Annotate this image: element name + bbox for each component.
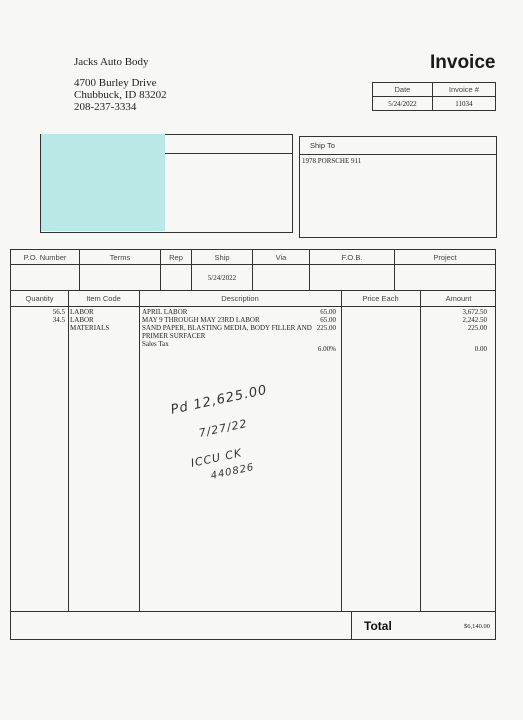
col-price-each	[341, 291, 421, 611]
ship-value: 5/24/2022	[192, 265, 253, 291]
row-4-amount: 0.00	[475, 345, 487, 353]
row-2-description: MAY 9 THROUGH MAY 23RD LABOR	[142, 316, 260, 324]
row-2-amount: 2,242.50	[463, 316, 488, 324]
via-header: Via	[253, 250, 310, 265]
company-address: 4700 Burley Drive Chubbuck, ID 83202 208…	[74, 77, 167, 113]
description-header: Description	[139, 291, 341, 306]
invoice-number-label: Invoice #	[432, 83, 495, 97]
company-name: Jacks Auto Body	[74, 56, 149, 69]
line-items-table: Quantity Item Code Description Price Eac…	[10, 290, 496, 612]
order-info-table: P.O. Number Terms Rep Ship Via F.O.B. Pr…	[10, 249, 496, 291]
via-value	[253, 265, 310, 291]
total-row: Total $6,140.00	[10, 611, 496, 640]
date-value: 5/24/2022	[373, 97, 433, 111]
row-2-price-each: 65.00	[320, 316, 336, 324]
row-4-price-each: 6.00%	[318, 345, 336, 353]
address-line-1: 4700 Burley Drive	[74, 77, 167, 89]
phone: 208-237-3334	[74, 101, 167, 113]
col-quantity	[11, 291, 69, 611]
fob-value	[310, 265, 395, 291]
price-each-header: Price Each	[341, 291, 420, 306]
invoice-number-value: 11034	[432, 97, 495, 111]
amount-header: Amount	[420, 291, 497, 306]
row-2-quantity: 34.5	[53, 316, 65, 324]
fob-header: F.O.B.	[310, 250, 395, 265]
row-1-quantity: 56.5	[53, 308, 65, 316]
date-label: Date	[373, 83, 433, 97]
rep-header: Rep	[161, 250, 192, 265]
terms-value	[80, 265, 161, 291]
project-header: Project	[395, 250, 496, 265]
row-2-item-code: LABOR	[70, 316, 94, 324]
ship-header: Ship	[192, 250, 253, 265]
row-3-description-cont: PRIMER SURFACER	[142, 332, 205, 340]
ship-to-label: Ship To	[300, 137, 496, 155]
row-1-price-each: 65.00	[320, 308, 336, 316]
row-3-description: SAND PAPER, BLASTING MEDIA, BODY FILLER …	[142, 324, 312, 332]
item-code-header: Item Code	[68, 291, 139, 306]
row-3-item-code: MATERIALS	[70, 324, 109, 332]
ship-to-line-1: 1978 PORSCHE 911	[300, 155, 496, 167]
total-cell: Total $6,140.00	[351, 612, 498, 639]
row-3-price-each: 225.00	[317, 324, 336, 332]
row-3-amount: 225.00	[468, 324, 487, 332]
redaction-sticky-note	[41, 134, 165, 231]
row-1-description: APRIL LABOR	[142, 308, 187, 316]
rep-value	[161, 265, 192, 291]
po-number-value	[11, 265, 80, 291]
total-value: $6,140.00	[464, 623, 490, 630]
ship-to-box: Ship To 1978 PORSCHE 911	[299, 136, 497, 238]
quantity-header: Quantity	[11, 291, 68, 306]
col-item-code	[68, 291, 140, 611]
document-title: Invoice	[430, 52, 495, 74]
po-number-header: P.O. Number	[11, 250, 80, 265]
total-label: Total	[364, 619, 392, 633]
invoice-meta-table: Date Invoice # 5/24/2022 11034	[372, 82, 496, 111]
row-1-amount: 3,672.50	[463, 308, 488, 316]
project-value	[395, 265, 496, 291]
row-1-item-code: LABOR	[70, 308, 94, 316]
row-4-description: Sales Tax	[142, 340, 169, 348]
address-line-2: Chubbuck, ID 83202	[74, 89, 167, 101]
terms-header: Terms	[80, 250, 161, 265]
